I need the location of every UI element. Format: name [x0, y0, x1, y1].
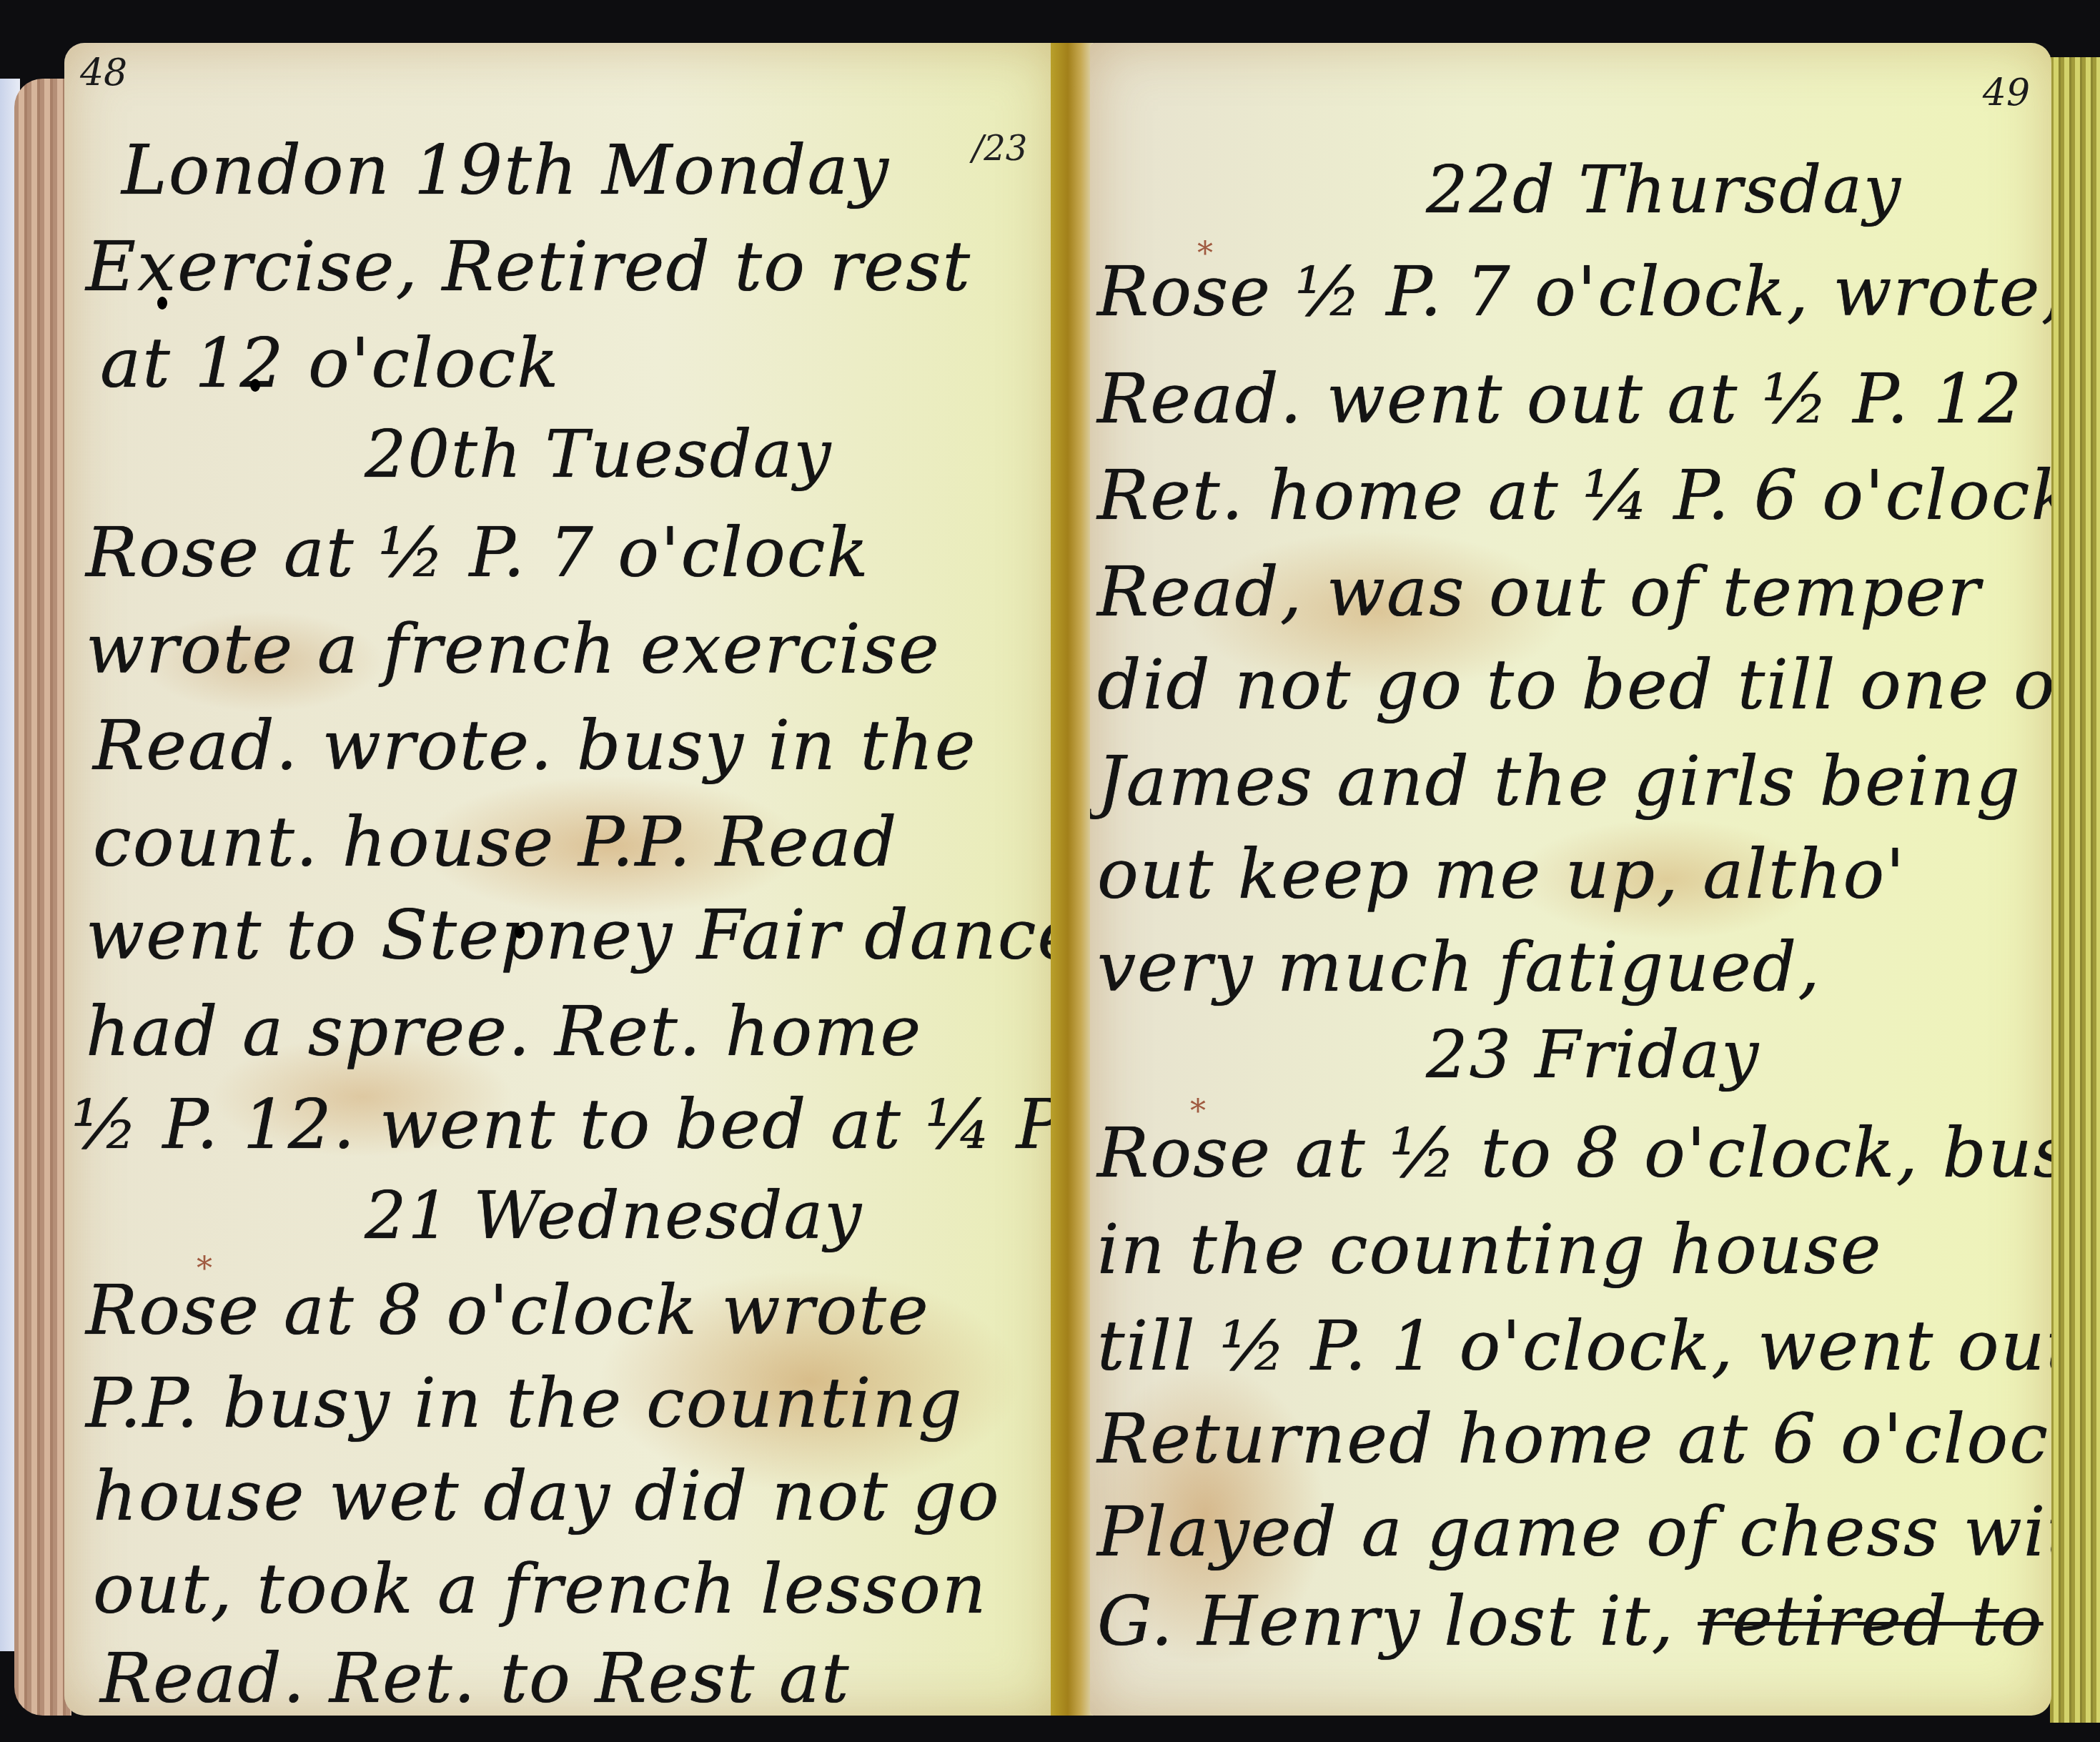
ink-dot — [250, 379, 260, 392]
diary-line: very much fatigued, — [1097, 933, 1821, 1001]
diary-line: Played a game of chess with — [1097, 1498, 2051, 1566]
diary-line: out keep me up, altho' — [1097, 840, 1906, 909]
diary-line: Rose ½ P. 7 o'clock, wrote, — [1097, 257, 2051, 326]
right-page: 49 22d Thursday Rose ½ P. 7 o'clock, wro… — [1090, 43, 2051, 1716]
day-heading-thursday: 22d Thursday — [1426, 157, 1902, 223]
diary-line: Returned home at 6 o'clock — [1097, 1405, 2051, 1473]
diary-line: did not go to bed till one o'clock — [1097, 650, 2051, 719]
day-heading-wednesday: 21 Wednesday — [365, 1183, 863, 1249]
diary-line: wrote a french exercise — [86, 615, 941, 683]
left-page-number: 48 — [80, 51, 127, 94]
margin-note: /23 — [972, 129, 1027, 169]
left-page-stack — [14, 79, 71, 1716]
diary-line: James and the girls being — [1097, 747, 2021, 816]
diary-line: house wet day did not go — [93, 1462, 1001, 1530]
day-heading-tuesday: 20th Tuesday — [365, 422, 833, 488]
struck-text: retired to — [1698, 1581, 2043, 1661]
diary-line: London 19th Monday — [122, 136, 890, 204]
diary-line: Read. went out at ½ P. 12 — [1097, 365, 2024, 433]
book-gutter — [1051, 43, 1094, 1716]
diary-line: Read. wrote. busy in the — [93, 711, 977, 780]
ink-dot — [515, 926, 525, 939]
diary-line: till ½ P. 1 o'clock, went out — [1097, 1312, 2051, 1380]
diary-line: Exercise, Retired to rest — [86, 232, 971, 301]
asterisk-mark: * — [1190, 1094, 1206, 1130]
asterisk-mark: * — [197, 1251, 212, 1287]
diary-line: out, took a french lesson — [93, 1555, 988, 1623]
asterisk-mark: * — [1197, 236, 1213, 272]
diary-line: ½ P. 12. went to bed at ¼ P. 1 — [71, 1090, 1058, 1159]
diary-line: had a spree. Ret. home — [86, 997, 922, 1066]
diary-line: P.P. busy in the counting — [86, 1369, 964, 1437]
diary-line: Ret. home at ¼ P. 6 o'clock — [1097, 461, 2051, 530]
diary-line: count. house P.P. Read — [93, 808, 898, 876]
diary-line: Read, was out of temper — [1097, 558, 1981, 626]
diary-line: Rose at ½ P. 7 o'clock — [86, 518, 870, 587]
diary-line: went to Stepney Fair danced — [86, 901, 1058, 969]
notebook-spread: 48 /23 London 19th Monday Exercise, Reti… — [0, 0, 2100, 1742]
diary-line: Rose at ½ to 8 o'clock, busy — [1097, 1119, 2051, 1187]
day-heading-friday: 23 Friday — [1426, 1022, 1760, 1088]
diary-line: G. Henry lost it, retired to — [1097, 1587, 2044, 1656]
diary-line: Rose at 8 o'clock wrote — [86, 1276, 930, 1345]
left-page: 48 /23 London 19th Monday Exercise, Reti… — [64, 43, 1058, 1716]
diary-line: at 12 o'clock — [100, 329, 560, 397]
diary-line: Read. Ret. to Rest at — [100, 1644, 851, 1713]
diary-line-text: G. Henry lost it, — [1097, 1581, 1675, 1661]
ink-dot — [157, 297, 167, 310]
right-page-number: 49 — [1983, 71, 2030, 114]
right-page-stack — [2050, 57, 2100, 1723]
diary-line: in the counting house — [1097, 1215, 1883, 1284]
